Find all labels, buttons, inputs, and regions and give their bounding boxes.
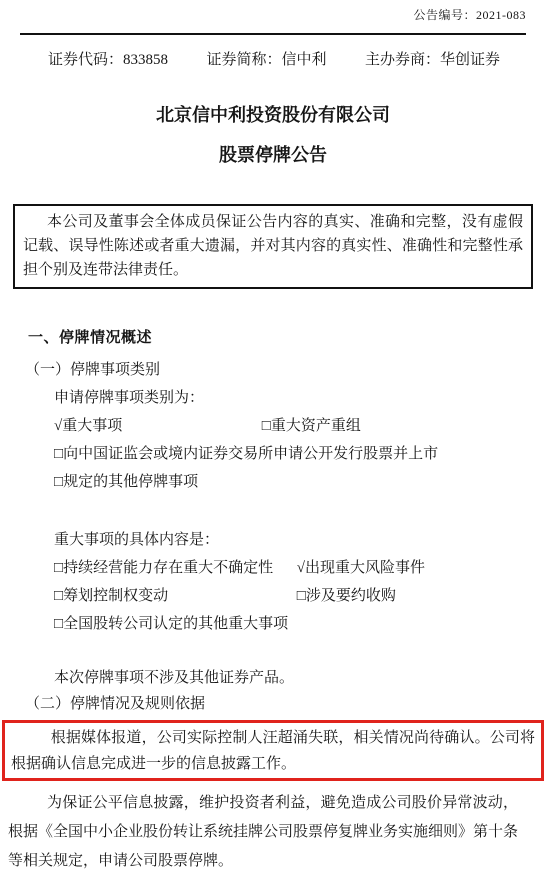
detail-option-row: □筹划控制权变动 □涉及要约收购 <box>0 588 546 604</box>
header-divider <box>20 33 526 35</box>
checkmark-icon: √ <box>297 560 305 576</box>
category-option-row: □向中国证监会或境内证券交易所申请公开发行股票并上市 <box>0 446 546 462</box>
stock-code: 证券代码：833858 <box>48 51 168 69</box>
checkbox-icon: □ <box>54 446 63 462</box>
option-label: 筹划控制权变动 <box>63 588 168 604</box>
category-option-row: □规定的其他停牌事项 <box>0 474 546 490</box>
checkmark-icon: √ <box>54 418 62 434</box>
stock-short-name: 证券简称：信中利 <box>206 51 326 69</box>
no-other-products-note: 本次停牌事项不涉及其他证券产品。 <box>0 670 546 686</box>
checkbox-option-tender-offer: □涉及要约收购 <box>297 588 396 604</box>
checkbox-option-other-major-matters: □全国股转公司认定的其他重大事项 <box>54 616 288 632</box>
suspension-basis-paragraph: 为保证公平信息披露，维护投资者利益，避免造成公司股价异常波动，根据《全国中小企业… <box>8 789 518 874</box>
subsection-1-heading: （一）停牌事项类别 <box>25 362 546 378</box>
detail-intro: 重大事项的具体内容是： <box>0 532 546 548</box>
option-label: 向中国证监会或境内证券交易所申请公开发行股票并上市 <box>63 446 438 462</box>
company-title: 北京信中利投资股份有限公司 <box>0 105 546 126</box>
option-label: 涉及要约收购 <box>306 588 396 604</box>
subsection-2-heading: （二）停牌情况及规则依据 <box>25 696 546 712</box>
checkbox-icon: □ <box>54 588 63 604</box>
checkbox-option-major-event: √重大事项 <box>54 418 258 434</box>
sponsor-broker: 主办券商：华创证券 <box>365 51 500 69</box>
announcement-page: 公告编号：2021-083 证券代码：833858 证券简称：信中利 主办券商：… <box>0 0 546 874</box>
checkbox-option-control-change: □筹划控制权变动 <box>54 588 293 604</box>
category-option-row: √重大事项 □重大资产重组 <box>0 418 546 434</box>
checkbox-option-major-risk-event: √出现重大风险事件 <box>297 560 425 576</box>
checkbox-option-public-offering: □向中国证监会或境内证券交易所申请公开发行股票并上市 <box>54 446 438 462</box>
checkbox-option-major-asset-restructuring: □重大资产重组 <box>262 418 361 434</box>
security-meta-row: 证券代码：833858 证券简称：信中利 主办券商：华创证券 <box>48 51 500 69</box>
option-label: 重大资产重组 <box>271 418 361 434</box>
checkbox-icon: □ <box>54 474 63 490</box>
option-label: 出现重大风险事件 <box>305 560 425 576</box>
checkbox-icon: □ <box>54 560 63 576</box>
checkbox-icon: □ <box>297 588 306 604</box>
document-title: 股票停牌公告 <box>0 145 546 166</box>
option-label: 全国股转公司认定的其他重大事项 <box>63 616 288 632</box>
checkbox-icon: □ <box>262 418 271 434</box>
checkbox-option-other-suspension: □规定的其他停牌事项 <box>54 474 198 490</box>
option-label: 规定的其他停牌事项 <box>63 474 198 490</box>
category-intro: 申请停牌事项类别为： <box>0 390 546 406</box>
checkbox-option-going-concern-uncertainty: □持续经营能力存在重大不确定性 <box>54 560 293 576</box>
disclaimer-box: 本公司及董事会全体成员保证公告内容的真实、准确和完整，没有虚假记载、误导性陈述或… <box>13 204 533 289</box>
option-label: 重大事项 <box>62 418 122 434</box>
checkbox-icon: □ <box>54 616 63 632</box>
detail-option-row: □全国股转公司认定的其他重大事项 <box>0 616 546 632</box>
announcement-number: 公告编号：2021-083 <box>0 0 546 23</box>
section-1-heading: 一、停牌情况概述 <box>28 330 546 346</box>
detail-option-row: □持续经营能力存在重大不确定性 √出现重大风险事件 <box>0 560 546 576</box>
option-label: 持续经营能力存在重大不确定性 <box>63 560 273 576</box>
highlight-box: 根据媒体报道，公司实际控制人汪超涌失联，相关情况尚待确认。公司将根据确认信息完成… <box>2 720 544 781</box>
